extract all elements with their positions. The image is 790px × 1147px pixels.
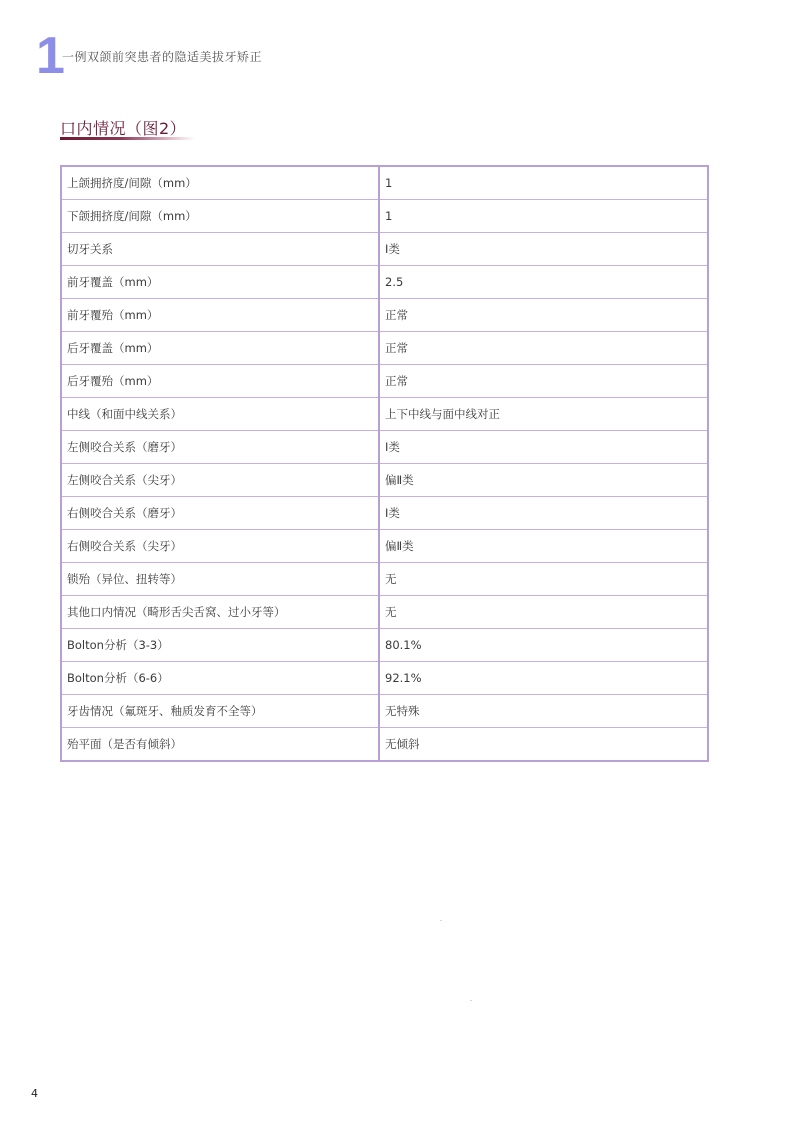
row-value: 1 <box>379 200 708 233</box>
section-title: 口内情况（图2） <box>60 116 186 139</box>
row-value: 偏Ⅱ类 <box>379 464 708 497</box>
running-title: 一例双颌前突患者的隐适美拔牙矫正 <box>62 48 262 65</box>
row-value: 无特殊 <box>379 695 708 728</box>
table-row: Bolton分析（3-3） 80.1% <box>61 629 708 662</box>
table-row: 锁殆（异位、扭转等） 无 <box>61 563 708 596</box>
row-label: 前牙覆殆（mm） <box>61 299 379 332</box>
table-row: 后牙覆盖（mm） 正常 <box>61 332 708 365</box>
row-value: 偏Ⅱ类 <box>379 530 708 563</box>
table-row: 切牙关系 Ⅰ类 <box>61 233 708 266</box>
table-row: 右侧咬合关系（尖牙） 偏Ⅱ类 <box>61 530 708 563</box>
row-value: Ⅰ类 <box>379 497 708 530</box>
row-label: 中线（和面中线关系） <box>61 398 379 431</box>
row-label: 后牙覆盖（mm） <box>61 332 379 365</box>
table-row: 左侧咬合关系（尖牙） 偏Ⅱ类 <box>61 464 708 497</box>
row-value: 2.5 <box>379 266 708 299</box>
row-label: 后牙覆殆（mm） <box>61 365 379 398</box>
table-row: 右侧咬合关系（磨牙） Ⅰ类 <box>61 497 708 530</box>
row-label: 锁殆（异位、扭转等） <box>61 563 379 596</box>
section-underline-divider <box>60 137 195 140</box>
table-row: 其他口内情况（畸形舌尖舌窝、过小牙等） 无 <box>61 596 708 629</box>
table-row: 下颌拥挤度/间隙（mm） 1 <box>61 200 708 233</box>
row-value: 上下中线与面中线对正 <box>379 398 708 431</box>
table-row: Bolton分析（6-6） 92.1% <box>61 662 708 695</box>
row-value: 1 <box>379 166 708 200</box>
row-label: 下颌拥挤度/间隙（mm） <box>61 200 379 233</box>
row-label: 切牙关系 <box>61 233 379 266</box>
row-label: 其他口内情况（畸形舌尖舌窝、过小牙等） <box>61 596 379 629</box>
row-label: 殆平面（是否有倾斜） <box>61 728 379 762</box>
row-label: 前牙覆盖（mm） <box>61 266 379 299</box>
row-label: Bolton分析（6-6） <box>61 662 379 695</box>
table-row: 牙齿情况（氟斑牙、釉质发育不全等） 无特殊 <box>61 695 708 728</box>
row-value: 无倾斜 <box>379 728 708 762</box>
row-label: Bolton分析（3-3） <box>61 629 379 662</box>
table-row: 前牙覆殆（mm） 正常 <box>61 299 708 332</box>
row-label: 牙齿情况（氟斑牙、釉质发育不全等） <box>61 695 379 728</box>
row-value: 正常 <box>379 365 708 398</box>
table-row: 前牙覆盖（mm） 2.5 <box>61 266 708 299</box>
row-label: 左侧咬合关系（磨牙） <box>61 431 379 464</box>
page-number: 4 <box>31 1087 38 1100</box>
table-row: 上颌拥挤度/间隙（mm） 1 <box>61 166 708 200</box>
row-value: Ⅰ类 <box>379 431 708 464</box>
table-row: 中线（和面中线关系） 上下中线与面中线对正 <box>61 398 708 431</box>
table-row: 殆平面（是否有倾斜） 无倾斜 <box>61 728 708 762</box>
chapter-number: 1 <box>36 30 63 82</box>
row-value: 正常 <box>379 332 708 365</box>
row-value: 80.1% <box>379 629 708 662</box>
row-value: 92.1% <box>379 662 708 695</box>
row-value: 无 <box>379 596 708 629</box>
table-row: 左侧咬合关系（磨牙） Ⅰ类 <box>61 431 708 464</box>
scan-speck <box>470 1000 472 1001</box>
row-value: Ⅰ类 <box>379 233 708 266</box>
row-label: 上颌拥挤度/间隙（mm） <box>61 166 379 200</box>
row-label: 右侧咬合关系（尖牙） <box>61 530 379 563</box>
row-value: 正常 <box>379 299 708 332</box>
scan-speck <box>440 920 442 921</box>
row-label: 左侧咬合关系（尖牙） <box>61 464 379 497</box>
row-value: 无 <box>379 563 708 596</box>
intraoral-findings-table: 上颌拥挤度/间隙（mm） 1 下颌拥挤度/间隙（mm） 1 切牙关系 Ⅰ类 前牙… <box>60 165 709 762</box>
row-label: 右侧咬合关系（磨牙） <box>61 497 379 530</box>
table-row: 后牙覆殆（mm） 正常 <box>61 365 708 398</box>
